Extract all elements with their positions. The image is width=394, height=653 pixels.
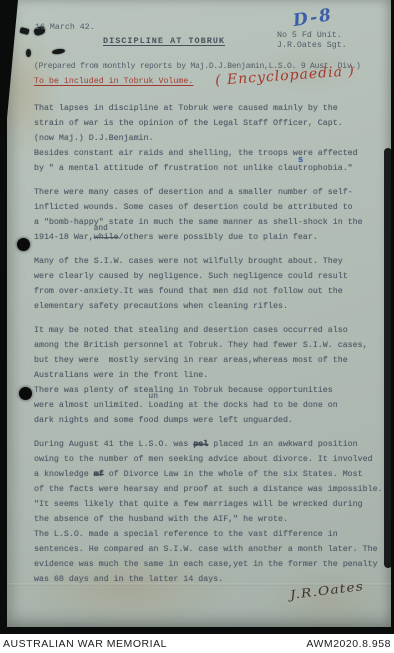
correction-xx: mf (94, 470, 104, 479)
doc-number-annotation: D-8 (292, 5, 335, 31)
staple-mark (26, 49, 31, 57)
typed-paragraph: There was plenty of stealing in Tobruk b… (34, 383, 386, 428)
document-date: 16 March 42. (35, 23, 95, 32)
typed-line: There were many cases of desertion and a… (34, 185, 386, 200)
typed-text: of the facts were hearsay and proof at s… (34, 485, 383, 494)
staple-mark (19, 27, 29, 35)
typed-text: Besides constant air raids and shelling,… (34, 149, 358, 158)
typed-line: sentences. He compared an S.I.W. case wi… (34, 542, 386, 557)
typed-line: It may be noted that stealing and desert… (34, 323, 386, 338)
typed-line: inflicted wounds. Some cases of desertio… (34, 200, 386, 215)
typed-line: but they were mostly serving in rear are… (34, 353, 386, 368)
typed-paragraph: The L.S.O. made a special reference to t… (34, 527, 386, 587)
unit-author-block: No 5 Fd Unit. J.R.Oates Sgt. (277, 31, 347, 51)
typed-text: dark nights and some food dumps were lef… (34, 416, 293, 425)
typed-text: placed in an awkward position (208, 440, 357, 449)
typed-line: from over-anxiety.It was found that men … (34, 284, 386, 299)
typed-line: were clearly caused by negligence. Such … (34, 269, 386, 284)
staple-mark (52, 48, 66, 55)
typed-line: among the British personnel at Tobruk. T… (34, 338, 386, 353)
typed-text: owing to the number of men seeking advic… (34, 455, 373, 464)
typed-text: elementary safety precautions when clean… (34, 302, 288, 311)
torn-corner (7, 0, 18, 118)
typed-text: of Divorce Law in the whole of the six S… (104, 470, 363, 479)
footer-bar: AUSTRALIAN WAR MEMORIAL AWM2020.8.958 (0, 634, 394, 653)
typed-text: a knowledge (34, 470, 94, 479)
typed-text: Australians were in the front line. (34, 371, 208, 380)
accession-number: AWM2020.8.958 (306, 638, 391, 650)
typed-line: The L.S.O. made a special reference to t… (34, 527, 386, 542)
typed-line: the absence of the husband with the AIF,… (34, 512, 386, 527)
author-line: J.R.Oates Sgt. (277, 41, 347, 50)
correction-xx: pel (193, 440, 208, 449)
typed-line: strain of war is the opinion of the Lega… (34, 116, 386, 131)
typed-text: but they were mostly serving in rear are… (34, 356, 348, 365)
typed-text: among the British personnel at Tobruk. T… (34, 341, 368, 350)
typed-text: from over-anxiety.It was found that men … (34, 287, 343, 296)
document-page: 16 March 42. DISCIPLINE AT TOBRUK No 5 F… (7, 0, 391, 627)
typed-text: were almost unlimited. (34, 401, 149, 410)
typed-text: There were many cases of desertion and a… (34, 188, 353, 197)
typed-paragraph: It may be noted that stealing and desert… (34, 323, 386, 383)
typed-line: by " a mental attitude of frustration no… (34, 161, 386, 176)
typed-paragraph: That lapses in discipline at Tobruk were… (34, 101, 386, 146)
typed-line: Besides constant air raids and shelling,… (34, 146, 386, 161)
scan-background: { "colors": { "background": "#0a0c0b", "… (0, 0, 394, 653)
typed-paragraph: During August 41 the L.S.O. was pel plac… (34, 437, 386, 527)
typed-line: evidence was much the same in each case,… (34, 557, 386, 572)
document-title: DISCIPLINE AT TOBRUK (103, 36, 225, 46)
hole-punch (19, 387, 32, 400)
hole-punch (17, 238, 30, 251)
typed-line: There was plenty of stealing in Tobruk b… (34, 383, 386, 398)
typed-text: were clearly caused by negligence. Such … (34, 272, 348, 281)
typed-text: sentences. He compared an S.I.W. case wi… (34, 545, 378, 554)
typed-text: (now Maj.) D.J.Benjamin. (34, 134, 154, 143)
typed-paragraph: Many of the S.I.W. cases were not wilful… (34, 254, 386, 314)
typed-text: by " a mental attitude of frustration no… (34, 164, 298, 173)
typed-line: 1914-18 War,andwhile/others were possibl… (34, 230, 386, 245)
red-instruction: To be included in Tobruk Volume. (34, 77, 193, 86)
typed-text: Loading at the docks had to be done on (149, 401, 338, 410)
correction-strike: while (94, 233, 119, 242)
typed-text: It may be noted that stealing and desert… (34, 326, 348, 335)
typed-paragraph: Besides constant air raids and shelling,… (34, 146, 386, 176)
typed-line: a knowledge mf of Divorce Law in the who… (34, 467, 386, 482)
typed-text: Many of the S.I.W. cases were not wilful… (34, 257, 343, 266)
typed-text: a "bomb-happy" state in much the same ma… (34, 218, 363, 227)
typed-paragraph: There were many cases of desertion and a… (34, 185, 386, 245)
typed-body: That lapses in discipline at Tobruk were… (34, 101, 386, 587)
typed-text: inflicted wounds. Some cases of desertio… (34, 203, 353, 212)
typed-line: That lapses in discipline at Tobruk were… (34, 101, 386, 116)
typed-line: "It seems likely that quite a few marria… (34, 497, 386, 512)
typed-text: trophobia." (298, 164, 353, 173)
typed-text: That lapses in discipline at Tobruk were… (34, 104, 338, 113)
typed-line: owing to the number of men seeking advic… (34, 452, 386, 467)
typed-line: a "bomb-happy" state in much the same ma… (34, 215, 386, 230)
typed-text: strain of war is the opinion of the Lega… (34, 119, 343, 128)
typed-line: During August 41 the L.S.O. was pel plac… (34, 437, 386, 452)
typed-text: was 60 days and in the latter 14 days. (34, 575, 223, 584)
typed-line: were almost unlimited. unLoading at the … (34, 398, 386, 413)
typed-text: /others were possibly due to plain fear. (119, 233, 318, 242)
typed-line: of the facts were hearsay and proof at s… (34, 482, 386, 497)
typed-text: There was plenty of stealing in Tobruk b… (34, 386, 333, 395)
typed-text: During August 41 the L.S.O. was (34, 440, 193, 449)
typed-text: evidence was much the same in each case,… (34, 560, 378, 569)
typed-text: the absence of the husband with the AIF,… (34, 515, 288, 524)
typed-line: Australians were in the front line. (34, 368, 386, 383)
typed-text: "It seems likely that quite a few marria… (34, 500, 363, 509)
typed-line: elementary safety precautions when clean… (34, 299, 386, 314)
typed-line: dark nights and some food dumps were lef… (34, 413, 386, 428)
typed-text: The L.S.O. made a special reference to t… (34, 530, 338, 539)
institution-label: AUSTRALIAN WAR MEMORIAL (3, 638, 167, 650)
typed-line: Many of the S.I.W. cases were not wilful… (34, 254, 386, 269)
typed-text: 1914-18 War, (34, 233, 94, 242)
typed-line: (now Maj.) D.J.Benjamin. (34, 131, 386, 146)
unit-line: No 5 Fd Unit. (277, 31, 342, 40)
